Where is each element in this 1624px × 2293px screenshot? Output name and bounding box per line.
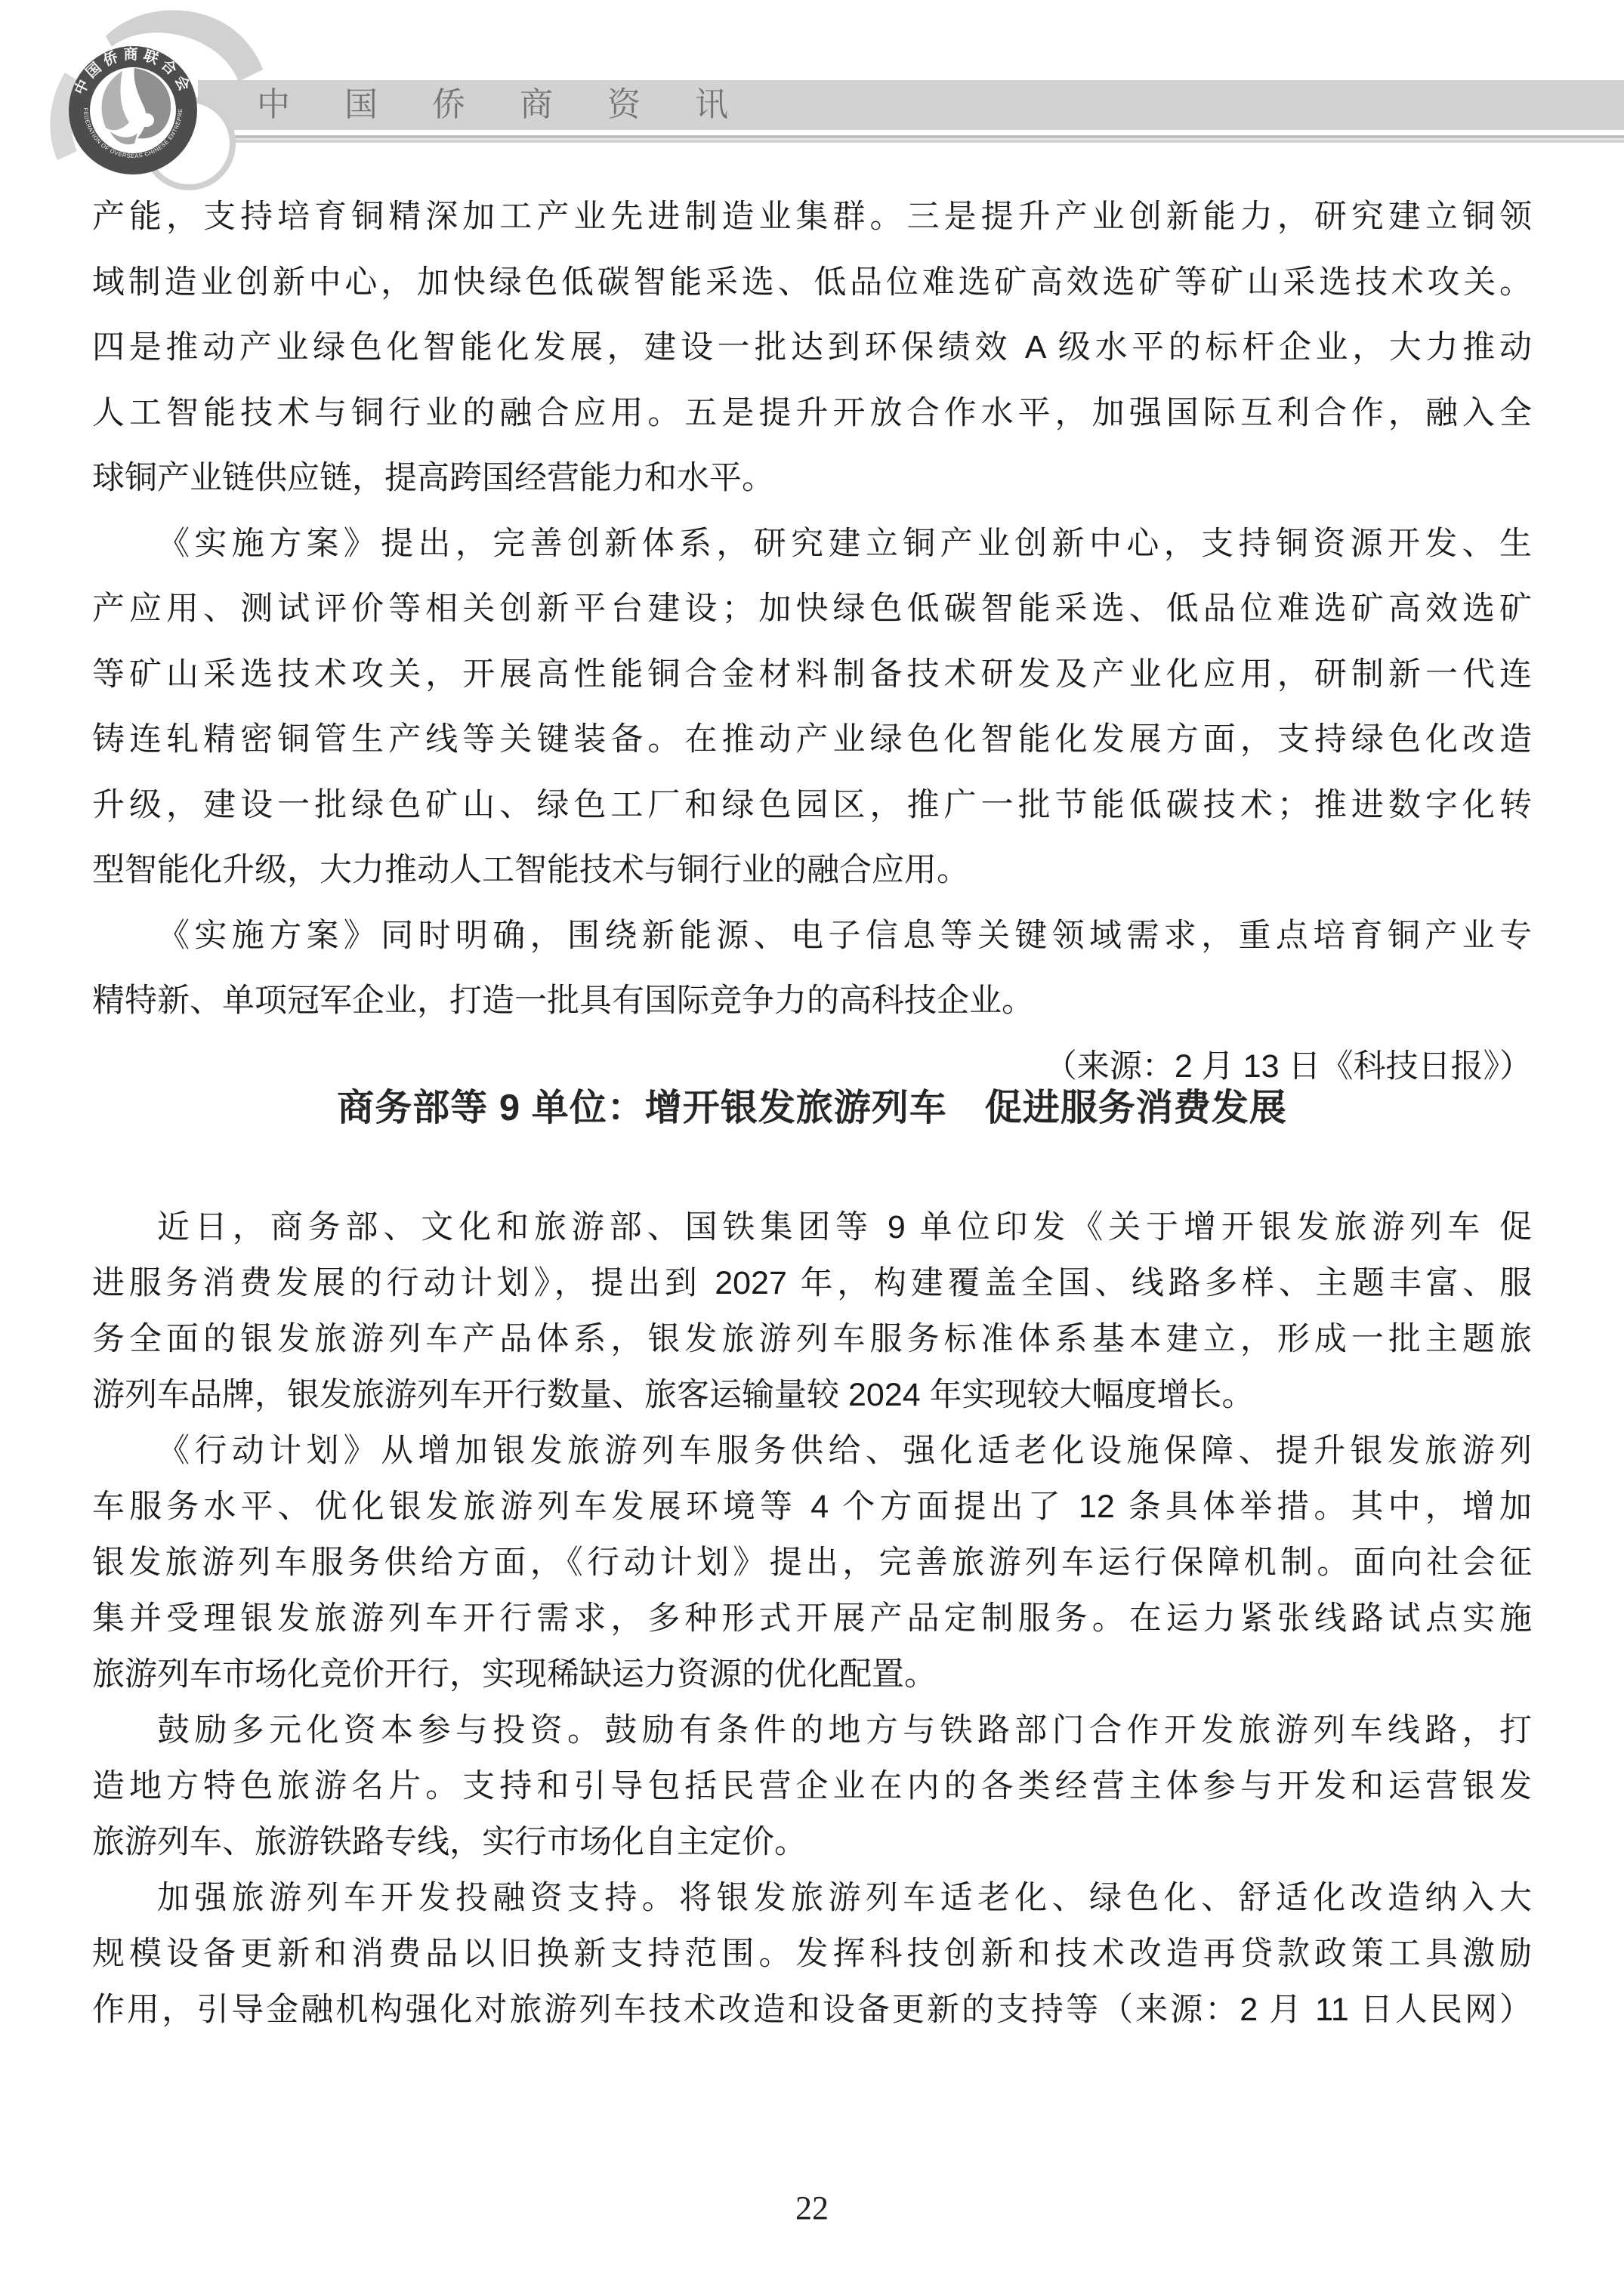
text-line: 银发旅游列车服务供给方面，《行动计划》提出，完善旅游列车运行保障机制。面向社会征	[92, 1535, 1532, 1591]
text-line: 人工智能技术与铜行业的融合应用。五是提升开放合作水平，加强国际互利合作，融入全	[92, 381, 1532, 446]
article2-body: 近日，商务部、文化和旅游部、国铁集团等 9 单位印发《关于增开银发旅游列车 促进…	[92, 1199, 1532, 2038]
text-line: 游列车品牌，银发旅游列车开行数量、旅客运输量较 2024 年实现较大幅度增长。	[92, 1367, 1532, 1423]
text-line: 精特新、单项冠军企业，打造一批具有国际竞争力的高科技企业。	[92, 968, 1532, 1034]
text-line: 旅游列车市场化竞价开行，实现稀缺运力资源的优化配置。	[92, 1646, 1532, 1702]
article2-title: 商务部等 9 单位：增开银发旅游列车 促进服务消费发展	[92, 1082, 1532, 1134]
text-line: 产应用、测试评价等相关创新平台建设；加快绿色低碳智能采选、低品位难选矿高效选矿	[92, 576, 1532, 642]
text-line: 近日，商务部、文化和旅游部、国铁集团等 9 单位印发《关于增开银发旅游列车 促	[92, 1199, 1532, 1255]
text-line: 加强旅游列车开发投融资支持。将银发旅游列车适老化、绿色化、舒适化改造纳入大	[92, 1870, 1532, 1926]
text-line: 作用，引导金融机构强化对旅游列车技术改造和设备更新的支持等（来源：2 月 11 …	[92, 1982, 1532, 2038]
text-line: 四是推动产业绿色化智能化发展，建设一批达到环保绩效 A 级水平的标杆企业，大力推…	[92, 315, 1532, 381]
text-line: 《实施方案》同时明确，围绕新能源、电子信息等关键领域需求，重点培育铜产业专	[92, 903, 1532, 969]
text-line: 旅游列车、旅游铁路专线，实行市场化自主定价。	[92, 1814, 1532, 1870]
text-line: 务全面的银发旅游列车产品体系，银发旅游列车服务标准体系基本建立，形成一批主题旅	[92, 1311, 1532, 1367]
text-line: 集并受理银发旅游列车开行需求，多种形式开展产品定制服务。在运力紧张线路试点实施	[92, 1591, 1532, 1646]
text-line: 《实施方案》提出，完善创新体系，研究建立铜产业创新中心，支持铜资源开发、生	[92, 511, 1532, 577]
text-line: 车服务水平、优化银发旅游列车发展环境等 4 个方面提出了 12 条具体举措。其中…	[92, 1479, 1532, 1535]
text-line: 进服务消费发展的行动计划》，提出到 2027 年，构建覆盖全国、线路多样、主题丰…	[92, 1255, 1532, 1311]
text-line: 《行动计划》从增加银发旅游列车服务供给、强化适老化设施保障、提升银发旅游列	[92, 1423, 1532, 1479]
page-number: 22	[0, 2189, 1624, 2227]
text-line: 球铜产业链供应链，提高跨国经营能力和水平。	[92, 446, 1532, 511]
newsletter-title: 中国侨商资讯	[257, 85, 783, 125]
text-line: 鼓励多元化资本参与投资。鼓励有条件的地方与铁路部门合作开发旅游列车线路，打	[92, 1702, 1532, 1758]
text-line: 域制造业创新中心，加快绿色低碳智能采选、低品位难选矿高效选矿等矿山采选技术攻关。	[92, 250, 1532, 316]
text-line: 等矿山采选技术攻关，开展高性能铜合金材料制备技术研发及产业化应用，研制新一代连	[92, 642, 1532, 708]
article1-body: 产能，支持培育铜精深加工产业先进制造业集群。三是提升产业创新能力，研究建立铜领域…	[92, 184, 1532, 1099]
text-line: 升级，建设一批绿色矿山、绿色工厂和绿色园区，推广一批节能低碳技术；推进数字化转	[92, 773, 1532, 838]
seal-flower-hole-icon	[139, 113, 154, 127]
text-line: 铸连轧精密铜管生产线等关键装备。在推动产业绿色化智能化发展方面，支持绿色化改造	[92, 707, 1532, 773]
text-line: 型智能化升级，大力推动人工智能技术与铜行业的融合应用。	[92, 838, 1532, 903]
document-page: 中国侨商资讯 中国侨商联合会 CHINA FEDERATION OF OVERS…	[0, 0, 1624, 2293]
header-divider	[227, 135, 1624, 143]
text-line: 规模设备更新和消费品以旧换新支持范围。发挥科技创新和技术改造再贷款政策工具激励	[92, 1926, 1532, 1982]
text-line: 造地方特色旅游名片。支持和引导包括民营企业在内的各类经营主体参与开发和运营银发	[92, 1758, 1532, 1814]
text-line: 产能，支持培育铜精深加工产业先进制造业集群。三是提升产业创新能力，研究建立铜领	[92, 184, 1532, 250]
